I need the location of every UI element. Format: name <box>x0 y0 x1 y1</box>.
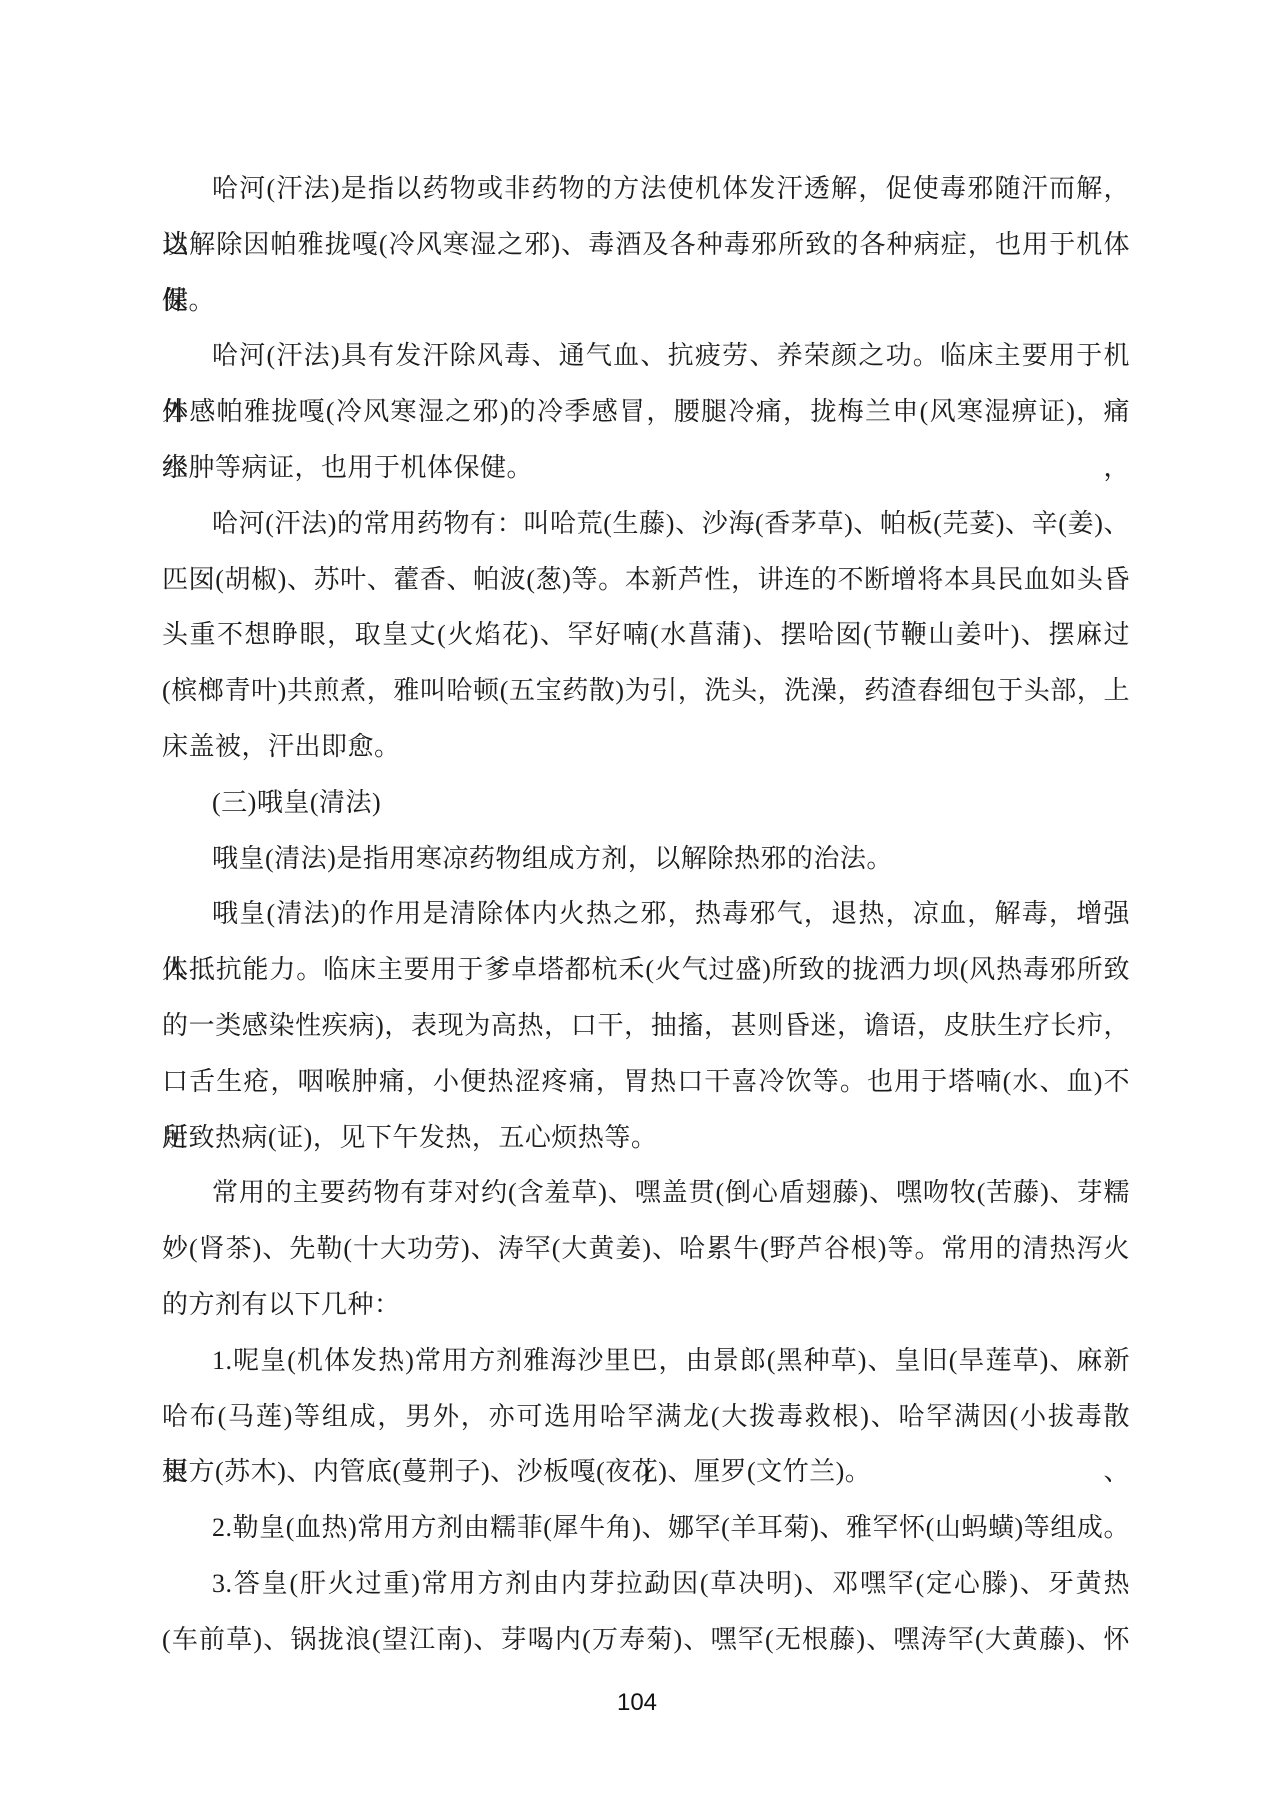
text-line: 常用的主要药物有芽对约(含羞草)、嘿盖贯(倒心盾翅藤)、嘿吻牧(苦藤)、芽糯 <box>162 1165 1130 1221</box>
text-block: 哈河(汗法)是指以药物或非药物的方法使机体发汗透解，促使毒邪随汗而解，以 达解除… <box>162 161 1130 1668</box>
text-line: 头重不想睁眼，取皇丈(火焰花)、罕好喃(水菖蒲)、摆哈囡(节鞭山姜叶)、摆麻过 <box>162 607 1130 663</box>
text-line: (车前草)、锅拢浪(望江南)、芽喝内(万寿菊)、嘿罕(无根藤)、嘿涛罕(大黄藤)… <box>162 1612 1130 1668</box>
text-line: 匹囡(胡椒)、苏叶、藿香、帕波(葱)等。本新芦性，讲连的不断增将本具民血如头昏 <box>162 552 1130 608</box>
text-line: 床盖被，汗出即愈。 <box>162 719 1130 775</box>
text-line: 达解除因帕雅拢嘎(冷风寒湿之邪)、毒酒及各种毒邪所致的各种病症，也用于机体保 <box>162 217 1130 273</box>
text-line: 健。 <box>162 273 1130 329</box>
text-line: 1.呢皇(机体发热)常用方剂雅海沙里巴，由景郎(黑种草)、皇旧(旱莲草)、麻新 <box>162 1333 1130 1389</box>
text-line: 外感帕雅拢嘎(冷风寒湿之邪)的冷季感冒，腰腿冷痛，拢梅兰申(风寒湿痹证)，痛经， <box>162 384 1130 440</box>
text-line: 3.答皇(肝火过重)常用方剂由内芽拉勐因(草决明)、邓嘿罕(定心滕)、牙黄热 <box>162 1556 1130 1612</box>
text-line: 的一类感染性疾病)，表现为高热，口干，抽搐，甚则昏迷，谵语，皮肤生疗长疖， <box>162 998 1130 1054</box>
text-line: 妙(肾茶)、先勒(十大功劳)、涛罕(大黄姜)、哈累牛(野芦谷根)等。常用的清热泻… <box>162 1221 1130 1277</box>
text-line: 哈布(马莲)等组成，男外，亦可选用哈罕满龙(大拨毒救根)、哈罕满因(小拔毒散根)… <box>162 1389 1130 1445</box>
text-line: 2.勒皇(血热)常用方剂由糯菲(犀牛角)、娜罕(羊耳菊)、雅罕怀(山蚂蟥)等组成… <box>162 1500 1130 1556</box>
document-page: 哈河(汗法)是指以药物或非药物的方法使机体发汗透解，促使毒邪随汗而解，以 达解除… <box>0 0 1274 1801</box>
section-heading: (三)哦皇(清法) <box>162 775 1130 831</box>
text-line: 体抵抗能力。临床主要用于爹卓塔都杭禾(火气过盛)所致的拢洒力坝(风热毒邪所致 <box>162 942 1130 998</box>
text-line: 哦皇(清法)是指用寒凉药物组成方剂，以解除热邪的治法。 <box>162 831 1130 887</box>
text-line: 哈河(汗法)的常用药物有：叫哈荒(生藤)、沙海(香茅草)、帕板(芫荽)、辛(姜)… <box>162 496 1130 552</box>
text-line: 哈河(汗法)是指以药物或非药物的方法使机体发汗透解，促使毒邪随汗而解，以 <box>162 161 1130 217</box>
page-number: 104 <box>0 1688 1274 1718</box>
text-line: 口舌生疮，咽喉肿痛，小便热涩疼痛，胃热口干喜冷饮等。也用于塔喃(水、血)不足 <box>162 1054 1130 1110</box>
text-line: 的方剂有以下几种： <box>162 1277 1130 1333</box>
text-line: (槟榔青叶)共煎煮，雅叫哈顿(五宝药散)为引，洗头，洗澡，药渣舂细包于头部，上 <box>162 663 1130 719</box>
text-line: 哈河(汗法)具有发汗除风毒、通气血、抗疲劳、养荣颜之功。临床主要用于机体 <box>162 328 1130 384</box>
text-line: 哦皇(清法)的作用是清除体内火热之邪，热毒邪气，退热，凉血，解毒，增强人 <box>162 886 1130 942</box>
text-line: 所致热病(证)，见下午发热，五心烦热等。 <box>162 1110 1130 1166</box>
